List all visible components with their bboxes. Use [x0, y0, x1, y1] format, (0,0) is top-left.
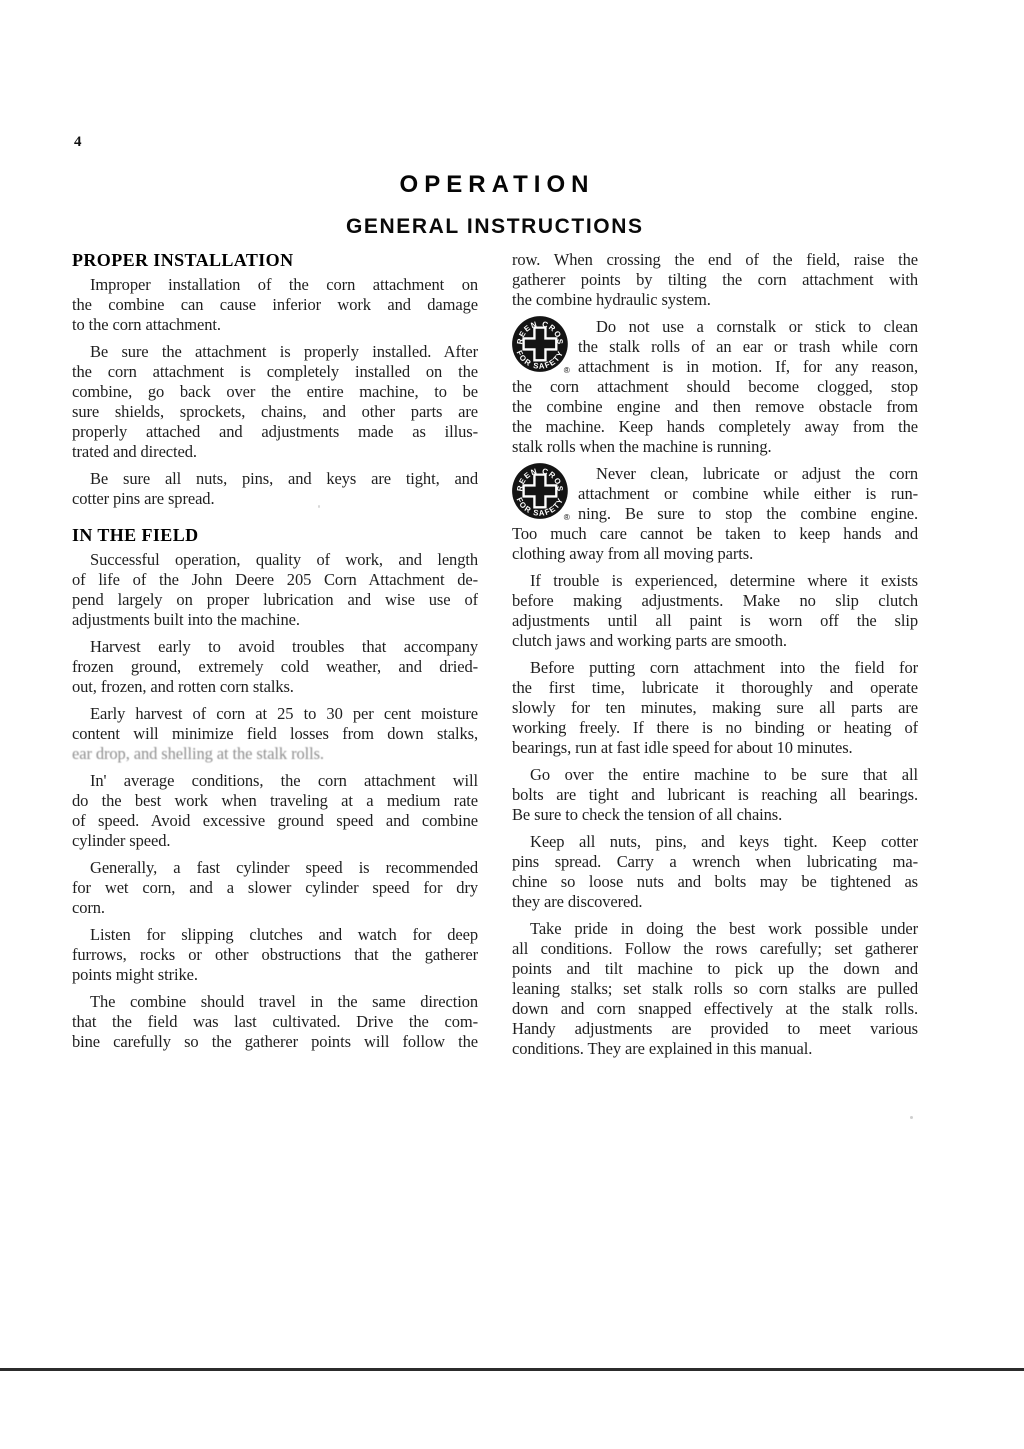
column-left: PROPER INSTALLATIONImproper installation… — [72, 246, 478, 1052]
text-line: points and tilt machine to pick up the d… — [512, 959, 918, 979]
text-line: gatherer points by tilting the corn atta… — [512, 270, 918, 290]
text-line: In' average conditions, the corn attachm… — [72, 771, 478, 791]
paragraph: Generally, a fast cylinder speed is reco… — [72, 858, 478, 918]
text-line: combine, go back over the entire machine… — [72, 382, 478, 402]
text-line: pins spread. Carry a wrench when lubrica… — [512, 852, 918, 872]
green-cross-safety-icon: GREEN CROSS FOR SAFETY ® — [509, 460, 575, 524]
text-line: stalk rolls when the machine is running. — [512, 437, 918, 457]
footer-rule — [0, 1368, 1024, 1371]
text-line: Generally, a fast cylinder speed is reco… — [72, 858, 478, 878]
section-title: GENERAL INSTRUCTIONS — [72, 215, 916, 239]
text-line: trated and directed. — [72, 442, 478, 462]
paragraph: row. When crossing the end of the field,… — [512, 250, 918, 310]
text-line: Before putting corn attachment into the … — [512, 658, 918, 678]
text-line: corn. — [72, 898, 478, 918]
text-line: clutch jaws and working parts are smooth… — [512, 631, 918, 651]
text-line: cylinder speed. — [72, 831, 478, 851]
text-line: the stalk rolls of an ear or trash while… — [578, 337, 918, 357]
text-line: adjustments built into the machine. — [72, 610, 478, 630]
paragraph: Take pride in doing the best work possib… — [512, 919, 918, 1059]
text-line: slowly for ten minutes, making sure all … — [512, 698, 918, 718]
text-line: the corn attachment should become clogge… — [512, 377, 918, 397]
text-line: conditions. They are explained in this m… — [512, 1039, 918, 1059]
section-heading: PROPER INSTALLATION — [72, 250, 478, 270]
paragraph: Go over the entire machine to be sure th… — [512, 765, 918, 825]
text-line: The combine should travel in the same di… — [72, 992, 478, 1012]
text-line: to the corn attachment. — [72, 315, 478, 335]
text-line: the combine can cause inferior work and … — [72, 295, 478, 315]
text-line: Be sure the attachment is properly insta… — [72, 342, 478, 362]
registered-mark: ® — [564, 513, 570, 522]
text-line: do the best work when traveling at a med… — [72, 791, 478, 811]
paragraph: If trouble is experienced, determine whe… — [512, 571, 918, 651]
text-line: the corn attachment is completely instal… — [72, 362, 478, 382]
text-line: If trouble is experienced, determine whe… — [512, 571, 918, 591]
text-line: clothing away from all moving parts. — [512, 544, 918, 564]
text-line: row. When crossing the end of the field,… — [512, 250, 918, 270]
safety-paragraph: GREEN CROSS FOR SAFETY ® Never clean, lu… — [512, 464, 918, 564]
paragraph: Be sure the attachment is properly insta… — [72, 342, 478, 462]
text-line: chine so loose nuts and bolts may be tig… — [512, 872, 918, 892]
text-line: Keep all nuts, pins, and keys tight. Kee… — [512, 832, 918, 852]
paragraph: Keep all nuts, pins, and keys tight. Kee… — [512, 832, 918, 912]
text-line: Be sure to check the tension of all chai… — [512, 805, 918, 825]
text-line: the combine hydraulic system. — [512, 290, 918, 310]
text-line: out, frozen, and rotten corn stalks. — [72, 677, 478, 697]
text-line: furrows, rocks or other obstructions tha… — [72, 945, 478, 965]
text-line: Go over the entire machine to be sure th… — [512, 765, 918, 785]
text-line: for wet corn, and a slower cylinder spee… — [72, 878, 478, 898]
text-line: working freely. If there is no binding o… — [512, 718, 918, 738]
text-line: leaning stalks; set stalk rolls so corn … — [512, 979, 918, 999]
column-right: row. When crossing the end of the field,… — [512, 246, 918, 1059]
paragraph: The combine should travel in the same di… — [72, 992, 478, 1052]
section-heading: IN THE FIELD — [72, 525, 478, 545]
paragraph: Before putting corn attachment into the … — [512, 658, 918, 758]
text-line: the machine. Keep hands completely away … — [512, 417, 918, 437]
text-line: Listen for slipping clutches and watch f… — [72, 925, 478, 945]
scan-speck — [318, 505, 320, 508]
text-line: points might strike. — [72, 965, 478, 985]
text-line: all conditions. Follow the rows carefull… — [512, 939, 918, 959]
text-line: Be sure all nuts, pins, and keys are tig… — [72, 469, 478, 489]
text-line: of life of the John Deere 205 Corn Attac… — [72, 570, 478, 590]
text-line: that the field was last cultivated. Driv… — [72, 1012, 478, 1032]
text-line: Do not use a cornstalk or stick to clean — [578, 317, 918, 337]
text-line: frozen ground, extremely cold weather, a… — [72, 657, 478, 677]
text-line: Handy adjustments are provided to meet v… — [512, 1019, 918, 1039]
text-line: Never clean, lubricate or adjust the cor… — [578, 464, 918, 484]
text-line: before making adjustments. Make no slip … — [512, 591, 918, 611]
registered-mark: ® — [564, 366, 570, 375]
paragraph: Improper installation of the corn attach… — [72, 275, 478, 335]
paragraph: Successful operation, quality of work, a… — [72, 550, 478, 630]
text-line: of speed. Avoid excessive ground speed a… — [72, 811, 478, 831]
text-line: sure shields, sprockets, chains, and oth… — [72, 402, 478, 422]
paragraph: Listen for slipping clutches and watch f… — [72, 925, 478, 985]
text-line: Harvest early to avoid troubles that acc… — [72, 637, 478, 657]
page-number: 4 — [74, 134, 82, 151]
text-line: properly attached and adjustments made a… — [72, 422, 478, 442]
text-line: Early harvest of corn at 25 to 30 per ce… — [72, 704, 478, 724]
text-line: the first time, lubricate it thoroughly … — [512, 678, 918, 698]
text-line: Take pride in doing the best work possib… — [512, 919, 918, 939]
text-line: content will minimize field losses from … — [72, 724, 478, 744]
text-line: bine carefully so the gatherer points wi… — [72, 1032, 478, 1052]
text-line: cotter pins are spread. — [72, 489, 478, 509]
text-line: Improper installation of the corn attach… — [72, 275, 478, 295]
safety-paragraph: GREEN CROSS FOR SAFETY ® Do not use a co… — [512, 317, 918, 457]
paragraph: In' average conditions, the corn attachm… — [72, 771, 478, 851]
text-line: pend largely on proper lubrication and w… — [72, 590, 478, 610]
text-line: the combine engine and then remove obsta… — [512, 397, 918, 417]
paragraph: Early harvest of corn at 25 to 30 per ce… — [72, 704, 478, 764]
text-line: they are discovered. — [512, 892, 918, 912]
text-line: ning. Be sure to stop the combine engine… — [578, 504, 918, 524]
text-line: Successful operation, quality of work, a… — [72, 550, 478, 570]
scan-speck — [910, 1116, 913, 1119]
green-cross-safety-icon: GREEN CROSS FOR SAFETY ® — [509, 313, 575, 377]
text-line: adjustments until all paint is worn off … — [512, 611, 918, 631]
text-line: down and corn snapped effectively at the… — [512, 999, 918, 1019]
text-line: ear drop, and shelling at the stalk roll… — [72, 744, 478, 764]
text-line: bearings, run at fast idle speed for abo… — [512, 738, 918, 758]
paragraph: Harvest early to avoid troubles that acc… — [72, 637, 478, 697]
page-title: OPERATION — [72, 171, 916, 199]
text-line: bolts are tight and lubricant is reachin… — [512, 785, 918, 805]
text-line: Too much care cannot be taken to keep ha… — [512, 524, 918, 544]
text-line: attachment or combine while either is ru… — [578, 484, 918, 504]
paragraph: Be sure all nuts, pins, and keys are tig… — [72, 469, 478, 509]
text-line: attachment is in motion. If, for any rea… — [578, 357, 918, 377]
